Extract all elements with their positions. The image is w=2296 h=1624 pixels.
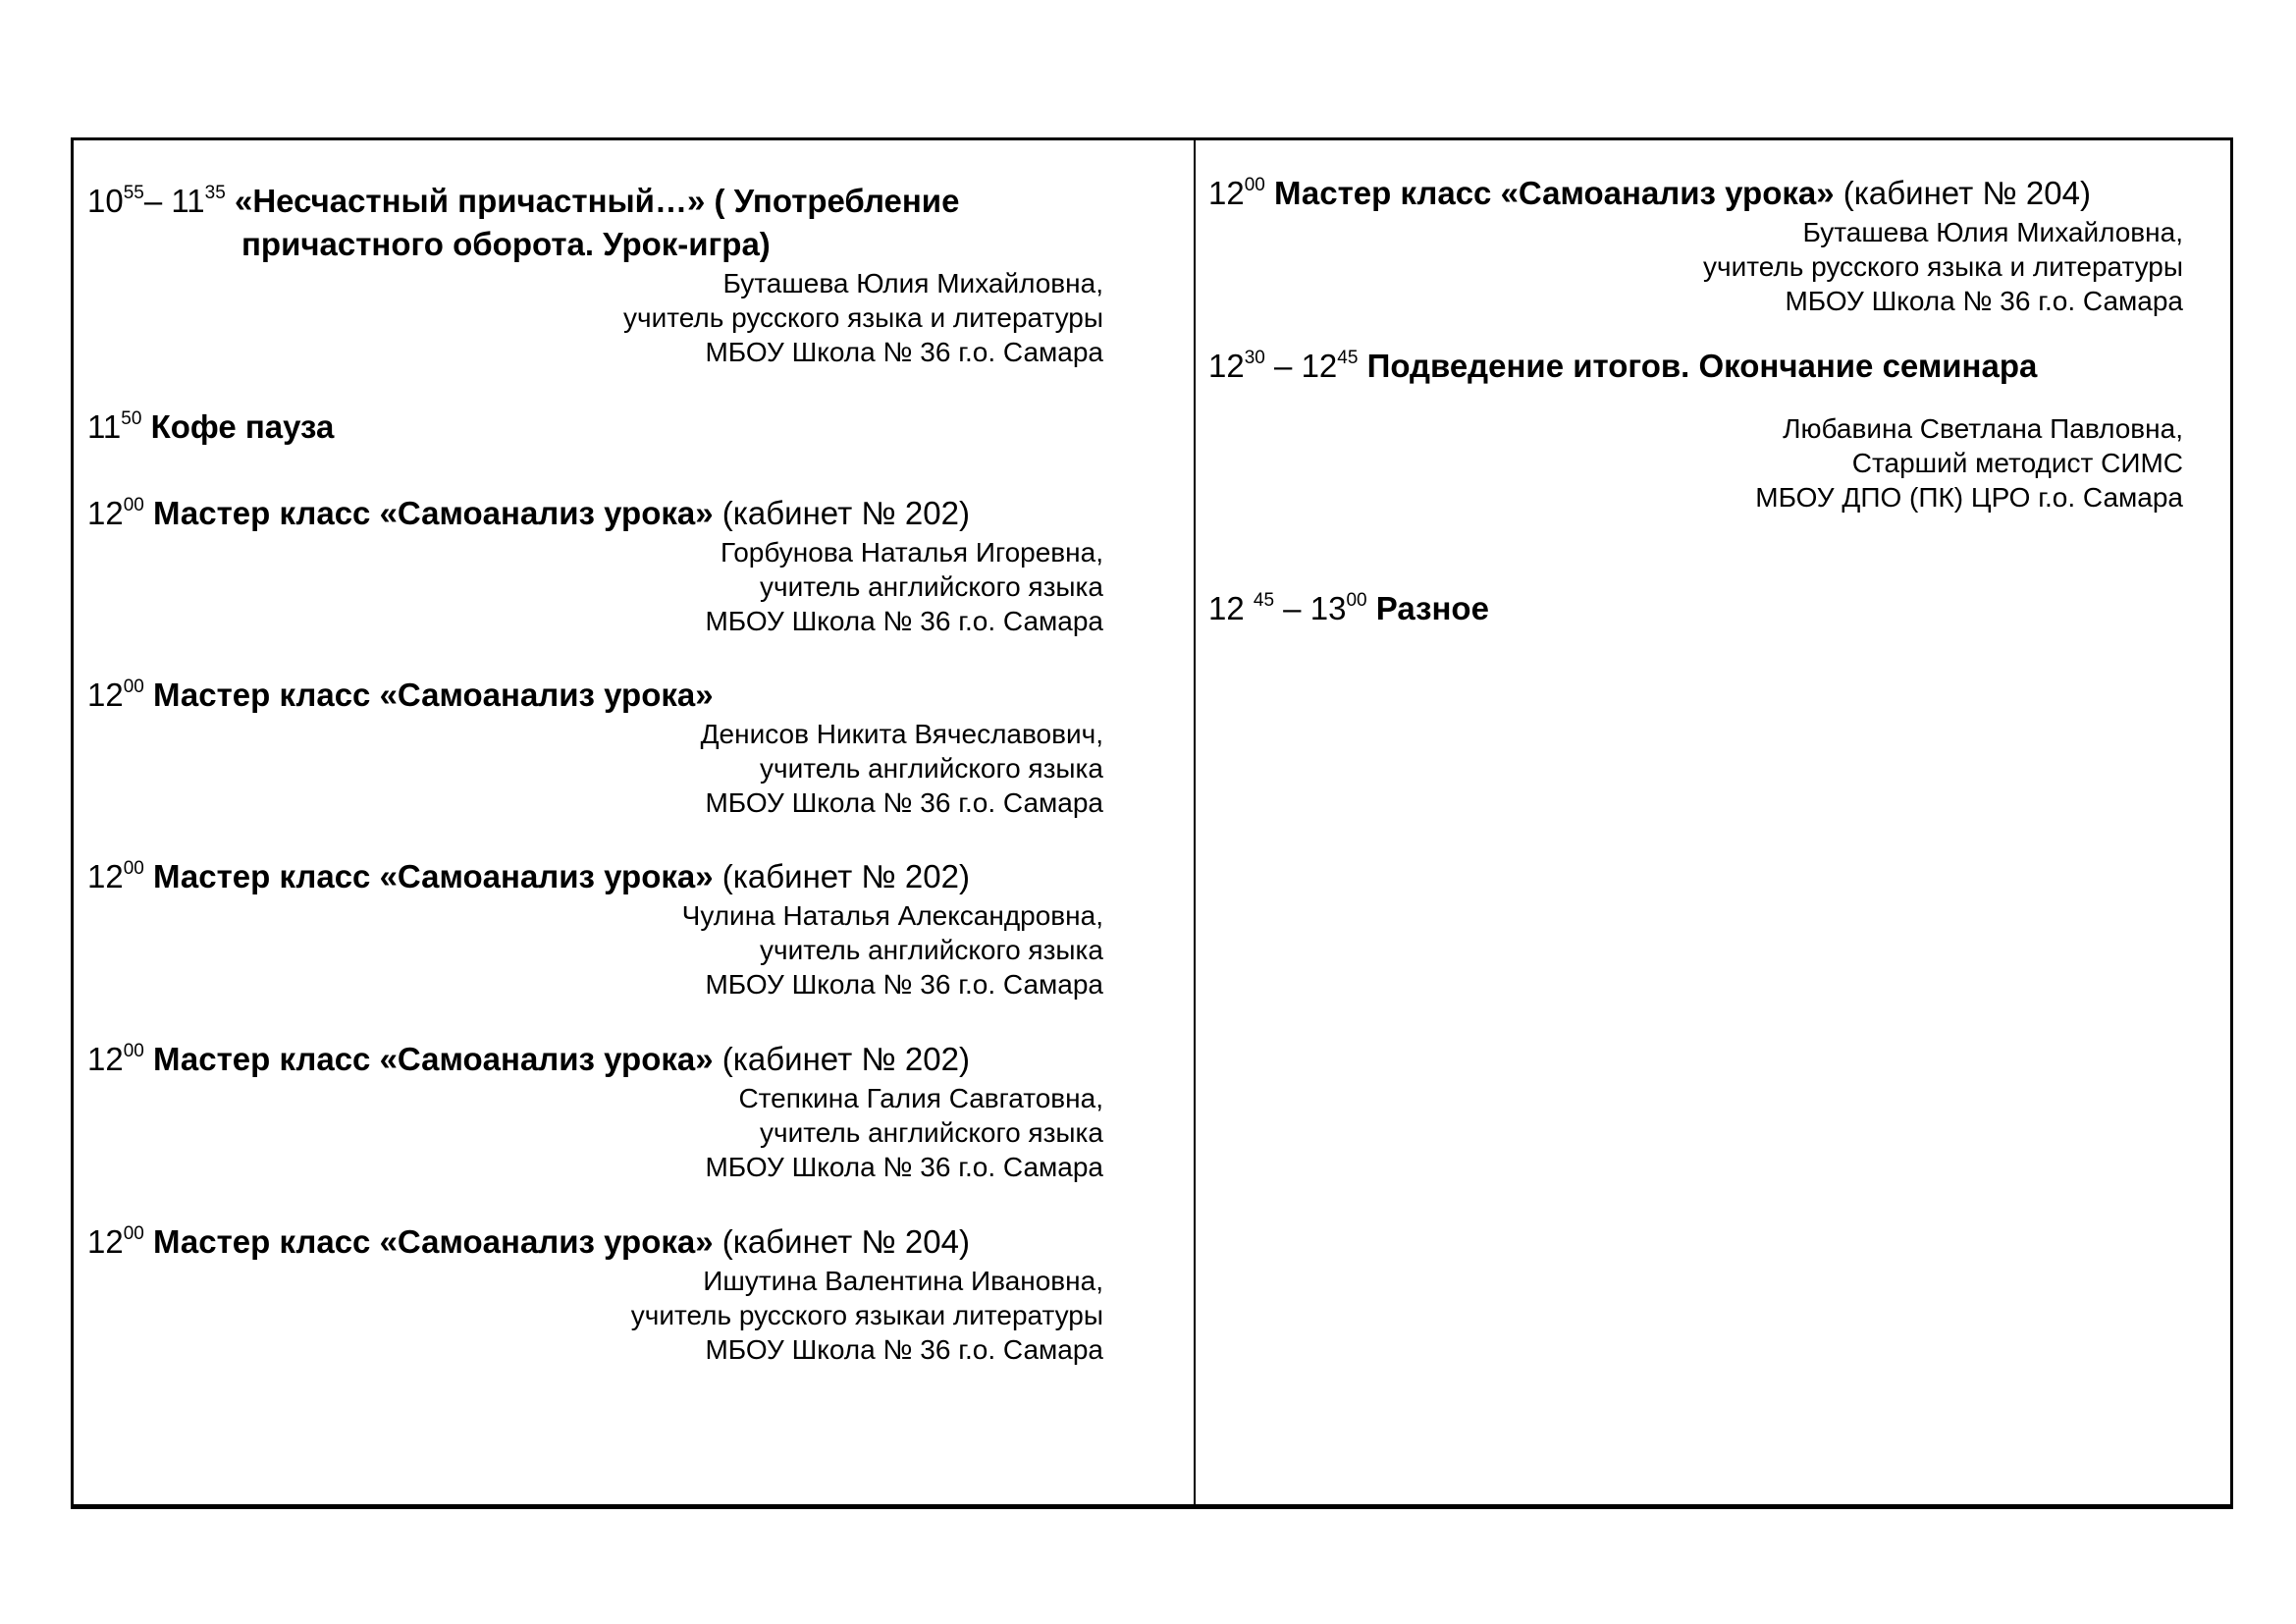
time-separator: –: [1274, 590, 1310, 626]
time-start-minutes: 30: [1245, 348, 1265, 368]
entry-title: «Несчастный причастный…» ( Употребление: [235, 183, 959, 219]
time-start-minutes: 00: [1245, 175, 1265, 195]
presenter-position: учитель русского языка и литературы: [1208, 249, 2183, 284]
time-end: 12: [1302, 348, 1338, 384]
presenter-position: учитель русского языкаи литературы: [87, 1298, 1103, 1332]
presenter-position: учитель русского языка и литературы: [87, 300, 1103, 335]
entry-title: Разное: [1376, 590, 1489, 626]
presenter-position: учитель английского языка: [87, 933, 1103, 967]
presenter-name: Любавина Светлана Павловна,: [1208, 411, 2183, 446]
presenter-name: Ишутина Валентина Ивановна,: [87, 1264, 1103, 1298]
presenter-position: учитель английского языка: [87, 1115, 1103, 1150]
time-start-minutes: 00: [124, 1041, 144, 1061]
schedule-entry: 1200 Мастер класс «Самоанализ урока» (ка…: [87, 1220, 1167, 1367]
presenter-name: Буташева Юлия Михайловна,: [87, 266, 1103, 300]
presenter-position: Старший методист СИМС: [1208, 446, 2183, 480]
entry-title: Мастер класс «Самоанализ урока»: [153, 1223, 714, 1260]
entry-heading: 1200 Мастер класс «Самоанализ урока» (ка…: [87, 1038, 1167, 1081]
presenter-organization: МБОУ Школа № 36 г.о. Самара: [1208, 284, 2183, 318]
entry-title: Подведение итогов. Окончание семинара: [1367, 348, 2038, 384]
entry-title: Кофе пауза: [151, 408, 335, 445]
program-table: 1055– 1135 «Несчастный причастный…» ( Уп…: [71, 137, 2233, 1509]
presenter-organization: МБОУ Школа № 36 г.о. Самара: [87, 604, 1103, 638]
presenter-organization: МБОУ Школа № 36 г.о. Самара: [87, 1332, 1103, 1367]
time-start: 12: [87, 495, 124, 531]
entry-title: Мастер класс «Самоанализ урока»: [153, 858, 714, 894]
time-end: 13: [1310, 590, 1347, 626]
entry-title: Мастер класс «Самоанализ урока»: [153, 677, 714, 713]
time-end-minutes: 45: [1337, 348, 1358, 368]
room-label: (кабинет № 204): [714, 1223, 970, 1260]
schedule-entry: 12 45 – 1300 Разное: [1208, 587, 2244, 630]
schedule-entry: 1200 Мастер класс «Самоанализ урока» (ка…: [87, 492, 1167, 638]
presenter-position: учитель английского языка: [87, 751, 1103, 785]
time-start: 12: [1208, 590, 1254, 626]
entry-heading: 1200 Мастер класс «Самоанализ урока»: [87, 674, 1167, 717]
schedule-entry: 1150 Кофе пауза: [87, 406, 1167, 449]
presenter-info: Любавина Светлана Павловна, Старший мето…: [1208, 411, 2244, 514]
presenter-info: Степкина Галия Савгатовна, учитель англи…: [87, 1081, 1167, 1184]
presenter-name: Буташева Юлия Михайловна,: [1208, 215, 2183, 249]
time-start-minutes: 50: [121, 408, 141, 429]
room-label: (кабинет № 202): [714, 495, 970, 531]
time-start-minutes: 00: [124, 1223, 144, 1244]
time-start: 12: [1208, 175, 1245, 211]
time-start: 12: [1208, 348, 1245, 384]
time-start-minutes: 00: [124, 495, 144, 515]
time-separator: –: [1265, 348, 1302, 384]
presenter-position: учитель английского языка: [87, 569, 1103, 604]
entry-title-continued: причастного оборота. Урок-игра): [87, 223, 1167, 266]
entry-heading: 1200 Мастер класс «Самоанализ урока» (ка…: [87, 1220, 1167, 1264]
time-end-minutes: 35: [205, 183, 226, 203]
presenter-info: Чулина Наталья Александровна, учитель ан…: [87, 898, 1167, 1001]
entry-heading: 12 45 – 1300 Разное: [1208, 587, 2244, 630]
time-start: 12: [87, 858, 124, 894]
entry-heading: 1200 Мастер класс «Самоанализ урока» (ка…: [87, 492, 1167, 535]
time-start: 12: [87, 677, 124, 713]
presenter-info: Ишутина Валентина Ивановна, учитель русс…: [87, 1264, 1167, 1367]
schedule-entry: 1230 – 1245 Подведение итогов. Окончание…: [1208, 345, 2244, 514]
room-label: (кабинет № 204): [1835, 175, 2091, 211]
presenter-info: Буташева Юлия Михайловна, учитель русско…: [87, 266, 1167, 369]
time-end: 11: [171, 183, 204, 219]
schedule-entry: 1200 Мастер класс «Самоанализ урока» (ка…: [1208, 172, 2244, 318]
time-start: 10: [87, 183, 124, 219]
time-start: 11: [87, 408, 121, 445]
presenter-info: Горбунова Наталья Игоревна, учитель англ…: [87, 535, 1167, 638]
schedule-entry: 1055– 1135 «Несчастный причастный…» ( Уп…: [87, 180, 1167, 369]
time-start-minutes: 00: [124, 677, 144, 697]
presenter-organization: МБОУ Школа № 36 г.о. Самара: [87, 967, 1103, 1001]
presenter-organization: МБОУ ДПО (ПК) ЦРО г.о. Самара: [1208, 480, 2183, 514]
entry-heading: 1200 Мастер класс «Самоанализ урока» (ка…: [87, 855, 1167, 898]
presenter-name: Степкина Галия Савгатовна,: [87, 1081, 1103, 1115]
room-label: (кабинет № 202): [714, 858, 970, 894]
presenter-info: Буташева Юлия Михайловна, учитель русско…: [1208, 215, 2244, 318]
entry-title: Мастер класс «Самоанализ урока»: [1274, 175, 1835, 211]
time-start: 12: [87, 1041, 124, 1077]
entry-heading: 1150 Кофе пауза: [87, 406, 1167, 449]
entry-title: Мастер класс «Самоанализ урока»: [153, 1041, 714, 1077]
room-label: (кабинет № 202): [714, 1041, 970, 1077]
presenter-name: Денисов Никита Вячеславович,: [87, 717, 1103, 751]
schedule-entry: 1200 Мастер класс «Самоанализ урока» (ка…: [87, 855, 1167, 1001]
entry-heading: 1200 Мастер класс «Самоанализ урока» (ка…: [1208, 172, 2244, 215]
entry-heading: 1230 – 1245 Подведение итогов. Окончание…: [1208, 345, 2244, 388]
presenter-name: Горбунова Наталья Игоревна,: [87, 535, 1103, 569]
presenter-organization: МБОУ Школа № 36 г.о. Самара: [87, 1150, 1103, 1184]
time-start-minutes: 55: [124, 183, 144, 203]
presenter-name: Чулина Наталья Александровна,: [87, 898, 1103, 933]
entry-heading: 1055– 1135 «Несчастный причастный…» ( Уп…: [87, 180, 1167, 223]
time-start-minutes: 00: [124, 858, 144, 879]
presenter-organization: МБОУ Школа № 36 г.о. Самара: [87, 335, 1103, 369]
presenter-organization: МБОУ Школа № 36 г.о. Самара: [87, 785, 1103, 820]
entry-title: Мастер класс «Самоанализ урока»: [153, 495, 714, 531]
time-separator: –: [144, 183, 172, 219]
presenter-info: Денисов Никита Вячеславович, учитель анг…: [87, 717, 1167, 820]
schedule-entry: 1200 Мастер класс «Самоанализ урока» (ка…: [87, 1038, 1167, 1184]
time-end-minutes: 00: [1346, 590, 1366, 611]
column-divider: [1194, 140, 1196, 1504]
time-start-minutes: 45: [1254, 590, 1274, 611]
time-start: 12: [87, 1223, 124, 1260]
schedule-entry: 1200 Мастер класс «Самоанализ урока» Ден…: [87, 674, 1167, 820]
